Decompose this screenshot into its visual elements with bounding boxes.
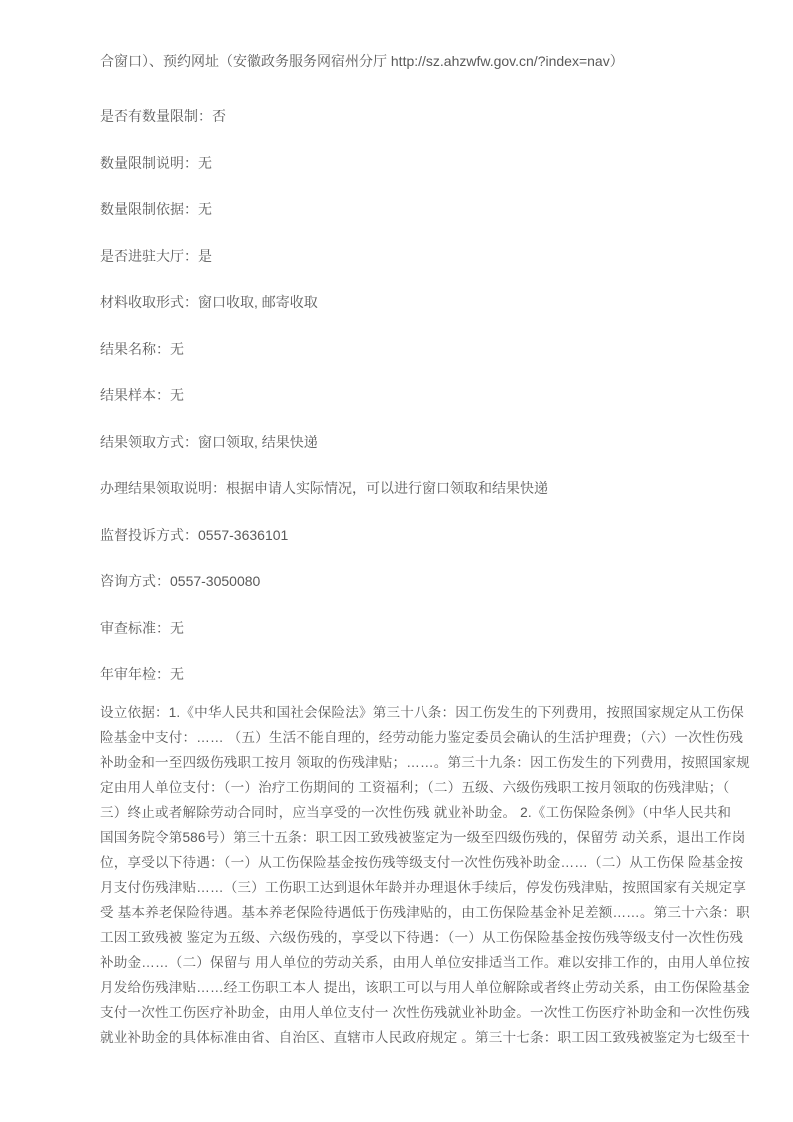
- field-value: 是: [198, 248, 212, 264]
- legal-basis-line: 国国务院令第586号）第三十五条：职工因工致残被鉴定为一级至四级伤残的，保留劳 …: [100, 825, 750, 850]
- field-label: 数量限制依据：: [100, 201, 198, 217]
- legal-basis-line: 设立依据：1.《中华人民共和国社会保险法》第三十八条：因工伤发生的下列费用，按照…: [100, 700, 750, 725]
- legal-basis-paragraph: 设立依据：1.《中华人民共和国社会保险法》第三十八条：因工伤发生的下列费用，按照…: [100, 700, 750, 1050]
- field-row: 是否有数量限制：否: [100, 106, 548, 153]
- document-page: 合窗口）、预约网址（安徽政务服务网宿州分厅 http://sz.ahzwfw.g…: [0, 0, 793, 1122]
- field-label: 结果领取方式：: [100, 434, 198, 450]
- field-label: 年审年检：: [100, 666, 170, 682]
- field-row: 监督投诉方式：0557-3636101: [100, 525, 548, 572]
- field-label: 是否进驻大厅：: [100, 248, 198, 264]
- legal-basis-line: 支付一次性工伤医疗补助金，由用人单位支付一 次性伤残就业补助金。一次性工伤医疗补…: [100, 1000, 750, 1025]
- legal-basis-line: 月发给伤残津贴……经工伤职工本人 提出，该职工可以与用人单位解除或者终止劳动关系…: [100, 975, 750, 1000]
- field-value: 根据申请人实际情况，可以进行窗口领取和结果快递: [226, 480, 548, 496]
- legal-basis-line: 三）终止或者解除劳动合同时，应当享受的一次性伤残 就业补助金。 2.《工伤保险条…: [100, 800, 750, 825]
- field-row: 结果样本：无: [100, 385, 548, 432]
- field-label: 办理结果领取说明：: [100, 480, 226, 496]
- appointment-url-line: 合窗口）、预约网址（安徽政务服务网宿州分厅 http://sz.ahzwfw.g…: [100, 51, 624, 71]
- legal-basis-line: 工因工致残被 鉴定为五级、六级伤残的，享受以下待遇：（一）从工伤保险基金按伤残等…: [100, 925, 750, 950]
- legal-basis-line: 受 基本养老保险待遇。基本养老保险待遇低于伤残津贴的，由工伤保险基金补足差额………: [100, 900, 750, 925]
- field-label: 监督投诉方式：: [100, 527, 198, 543]
- field-row: 是否进驻大厅：是: [100, 246, 548, 293]
- field-value: 无: [170, 341, 184, 357]
- field-value: 0557-3050080: [170, 573, 260, 589]
- legal-basis-line: 月支付伤残津贴……（三）工伤职工达到退休年龄并办理退休手续后，停发伤残津贴，按照…: [100, 875, 750, 900]
- legal-basis-line: 定由用人单位支付：（一）治疗工伤期间的 工资福利；（二）五级、六级伤残职工按月领…: [100, 775, 750, 800]
- field-value: 窗口收取, 邮寄收取: [198, 294, 318, 310]
- field-row: 结果名称：无: [100, 339, 548, 386]
- field-value: 窗口领取, 结果快递: [198, 434, 318, 450]
- field-row: 材料收取形式：窗口收取, 邮寄收取: [100, 292, 548, 339]
- field-label: 结果名称：: [100, 341, 170, 357]
- field-value: 无: [170, 387, 184, 403]
- field-label: 材料收取形式：: [100, 294, 198, 310]
- field-label: 审查标准：: [100, 620, 170, 636]
- field-value: 无: [170, 666, 184, 682]
- legal-basis-line: 位，享受以下待遇：（一）从工伤保险基金按伤残等级支付一次性伤残补助金……（二）从…: [100, 850, 750, 875]
- field-value: 无: [198, 155, 212, 171]
- field-row: 审查标准：无: [100, 618, 548, 665]
- field-value: 无: [170, 620, 184, 636]
- field-label: 数量限制说明：: [100, 155, 198, 171]
- field-row: 咨询方式：0557-3050080: [100, 571, 548, 618]
- field-value: 0557-3636101: [198, 527, 288, 543]
- legal-basis-line: 补助金和一至四级伤残职工按月 领取的伤残津贴；……。第三十九条：因工伤发生的下列…: [100, 750, 750, 775]
- legal-basis-line: 就业补助金的具体标准由省、自治区、直辖市人民政府规定 。第三十七条：职工因工致残…: [100, 1025, 750, 1050]
- legal-basis-line: 险基金中支付：…… （五）生活不能自理的，经劳动能力鉴定委员会确认的生活护理费；…: [100, 725, 750, 750]
- field-row: 数量限制依据：无: [100, 199, 548, 246]
- field-value: 否: [212, 108, 226, 124]
- field-row: 办理结果领取说明：根据申请人实际情况，可以进行窗口领取和结果快递: [100, 478, 548, 525]
- field-row: 结果领取方式：窗口领取, 结果快递: [100, 432, 548, 479]
- field-row: 数量限制说明：无: [100, 153, 548, 200]
- field-value: 无: [198, 201, 212, 217]
- field-label: 是否有数量限制：: [100, 108, 212, 124]
- service-attribute-list: 是否有数量限制：否数量限制说明：无数量限制依据：无是否进驻大厅：是材料收取形式：…: [100, 106, 548, 711]
- field-label: 咨询方式：: [100, 573, 170, 589]
- legal-basis-line: 补助金……（二）保留与 用人单位的劳动关系，由用人单位安排适当工作。难以安排工作…: [100, 950, 750, 975]
- field-label: 结果样本：: [100, 387, 170, 403]
